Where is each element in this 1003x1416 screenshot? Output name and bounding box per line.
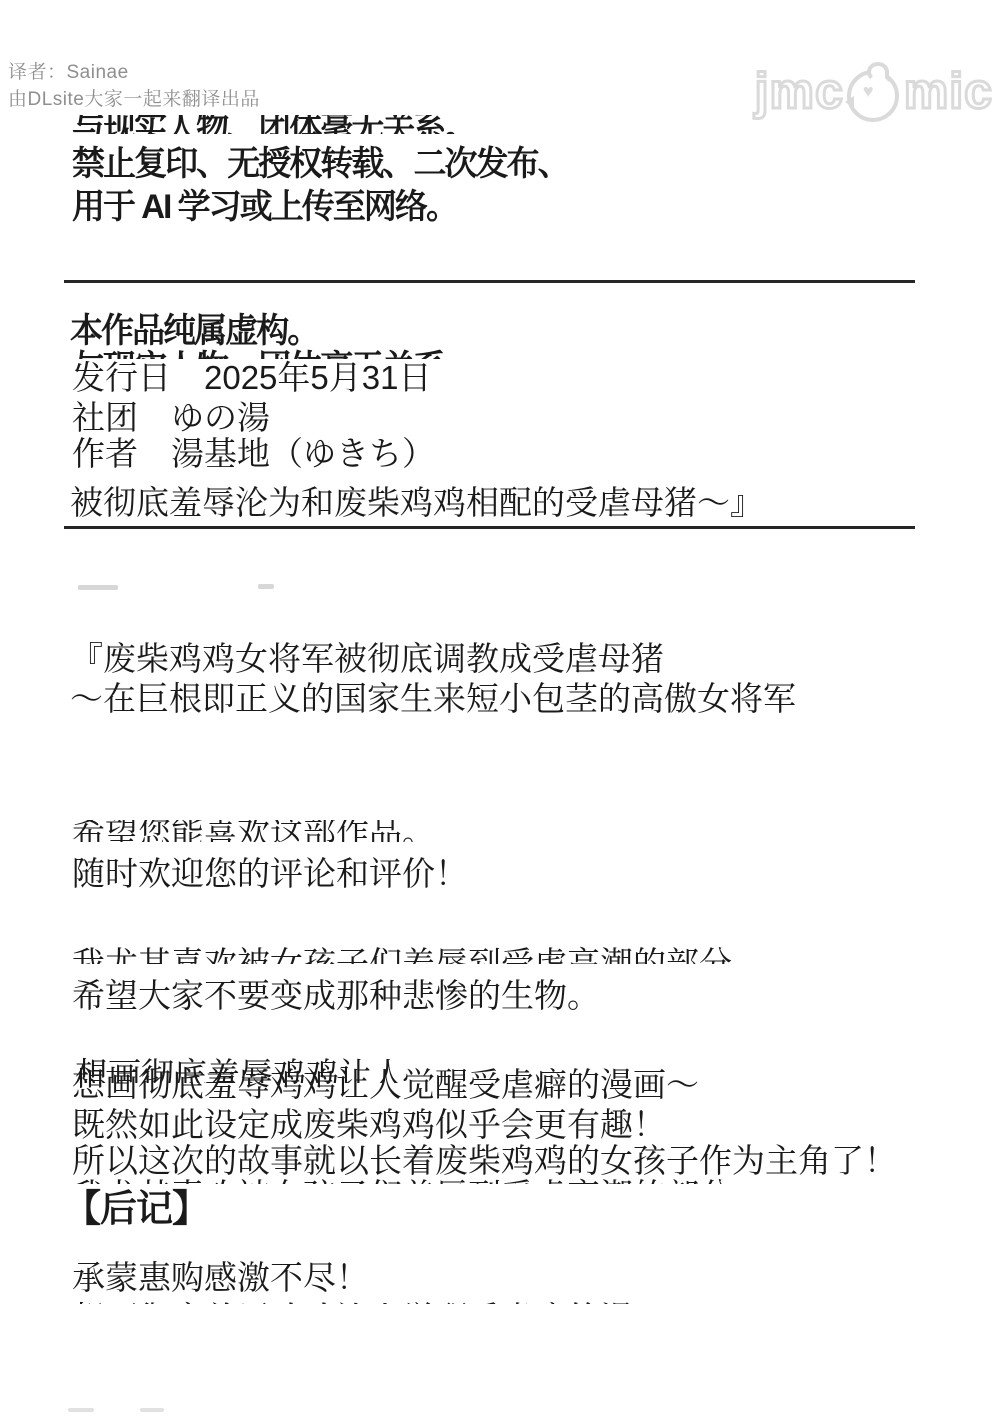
- pitiful-line: 希望大家不要变成那种悲惨的生物。: [72, 970, 600, 1017]
- chick-mascot-icon: ♥: [847, 64, 901, 118]
- afterword-page: 译者：Sainae 由DLsite大家一起来翻译出品 jmc ♥ mic 与现实…: [0, 0, 1003, 1416]
- title-tail-line: 被彻底羞辱沦为和废柴鸡鸡相配的受虐母猪～』: [70, 477, 763, 524]
- disclaimer-ghost-line-clipped: 与现实人物、团体毫无关系。: [72, 115, 542, 134]
- concept-ghost-overlay: 想画彻底羞辱鸡鸡让人: [75, 1049, 455, 1083]
- disclaimer-line1: 禁止复印、无授权转载、二次发布、: [72, 136, 569, 185]
- translator-credit-line2: 由DLsite大家一起来翻译出品: [8, 87, 260, 113]
- comments-line: 随时欢迎您的评论和评价！: [72, 848, 468, 895]
- divider-top: [64, 280, 915, 283]
- thanks-line: 承蒙惠购感激不尽！: [72, 1252, 369, 1299]
- author-line: 作者 湯基地（ゆきち）: [72, 428, 435, 475]
- chick-beak: [845, 96, 854, 108]
- disclaimer-line2: 用于 AI 学习或上传至网络。: [72, 179, 457, 228]
- translator-credit-line1: 译者：Sainae: [8, 60, 129, 86]
- work-title-line2: ～在巨根即正义的国家生来短小包茎的高傲女将军: [70, 673, 796, 720]
- chick-heart-eye-icon: ♥: [863, 82, 874, 100]
- watermark-text-right: mic: [904, 62, 993, 120]
- afterword-heading: 【后记】: [64, 1178, 208, 1232]
- erased-text-remnant-1: [78, 585, 118, 590]
- bottom-remnant-1: [68, 1408, 94, 1412]
- divider-middle: [64, 526, 915, 529]
- bottom-remnant-2: [140, 1408, 164, 1412]
- chick-curl: [867, 62, 889, 82]
- hope-line-clipped: 希望您能喜欢这部作品。: [72, 820, 492, 842]
- jmcomic-watermark: jmc ♥ mic: [755, 62, 993, 120]
- erased-text-remnant-2: [258, 584, 274, 589]
- favorite-line-clipped: 我尤其喜欢被女孩子们羞辱到受虐高潮的部分。: [72, 938, 792, 964]
- watermark-text-left: jmc: [755, 62, 844, 120]
- tail-ghost-clipped: 想画彻底羞辱鸡鸡让人觉醒受虐癖的漫画: [72, 1293, 632, 1304]
